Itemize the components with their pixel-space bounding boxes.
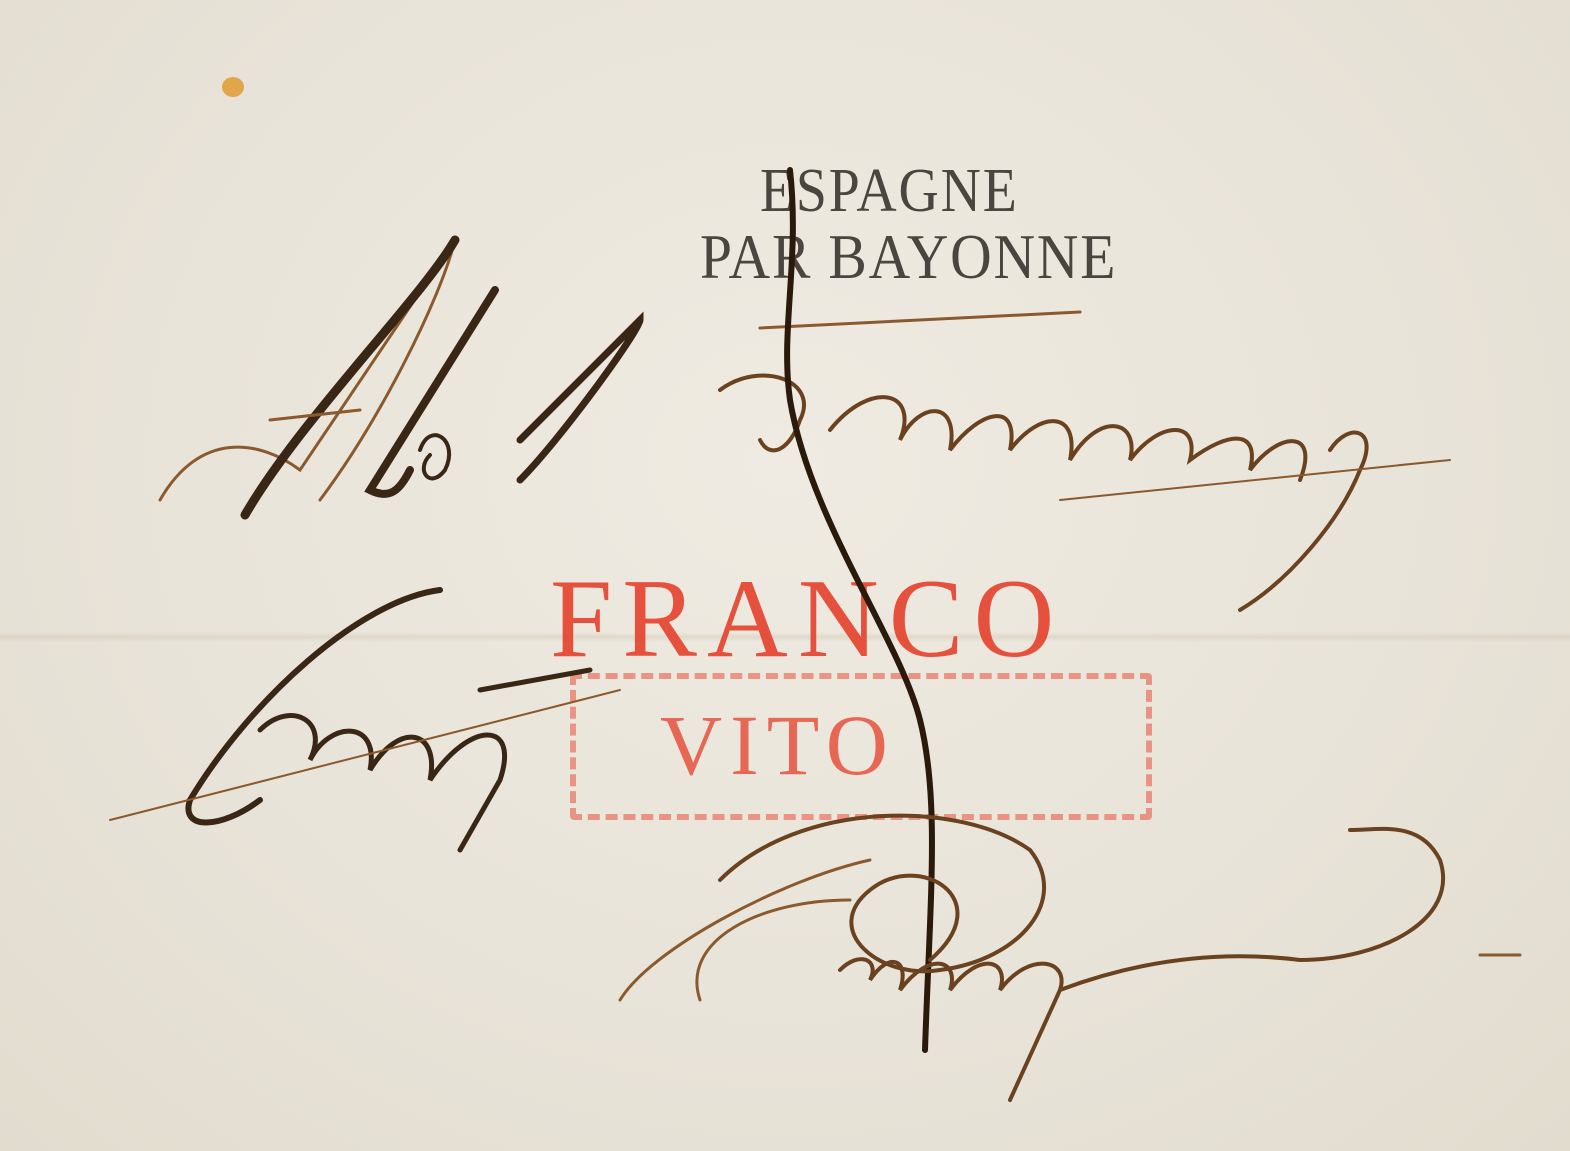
handwritten-address bbox=[0, 0, 1570, 1151]
